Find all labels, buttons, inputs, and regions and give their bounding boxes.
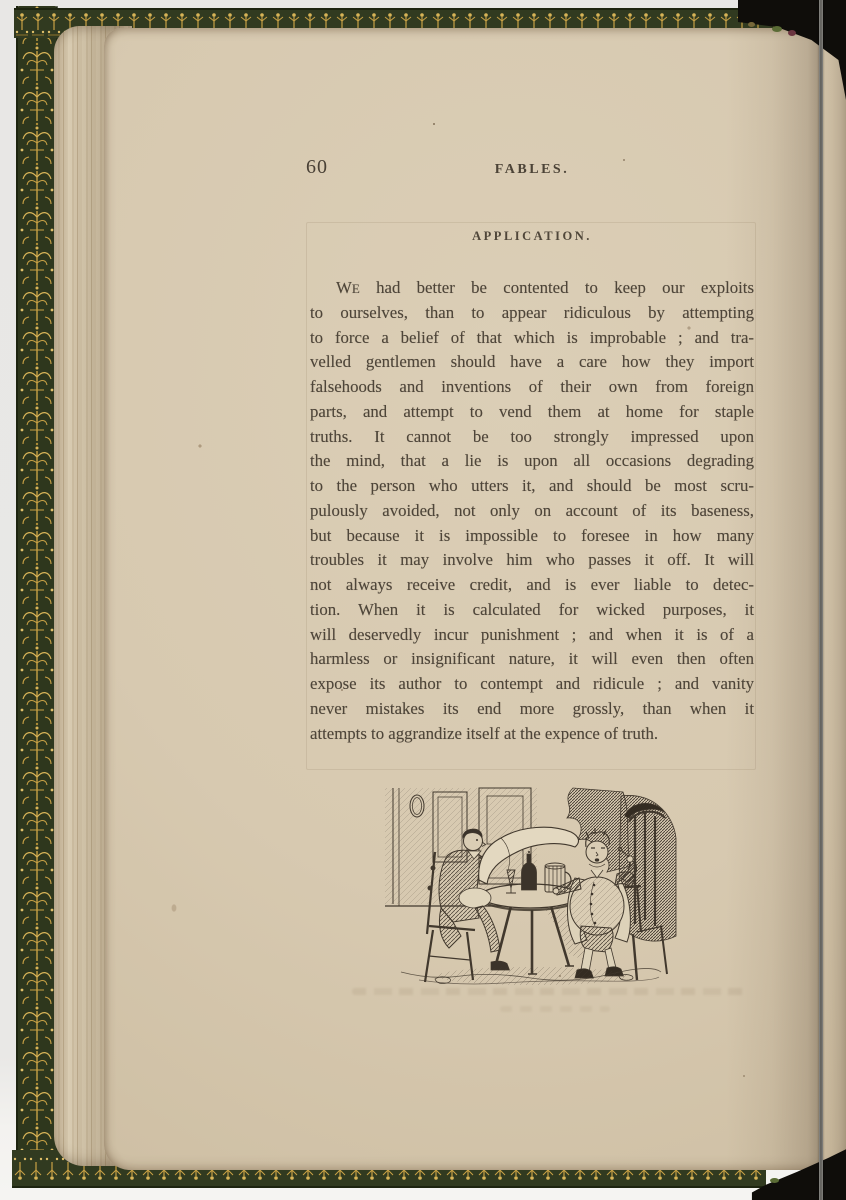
book-page bbox=[104, 28, 846, 1170]
marbled-fleck bbox=[748, 22, 755, 27]
marbled-fleck bbox=[770, 1178, 779, 1183]
page-holder-wire bbox=[819, 0, 823, 1200]
photo-of-open-book: { "page": { "number": "60", "running_tit… bbox=[0, 0, 846, 1200]
marbled-fleck bbox=[788, 30, 796, 36]
marbled-fleck bbox=[772, 26, 782, 32]
binding-left-gold-tooling bbox=[16, 6, 58, 1186]
